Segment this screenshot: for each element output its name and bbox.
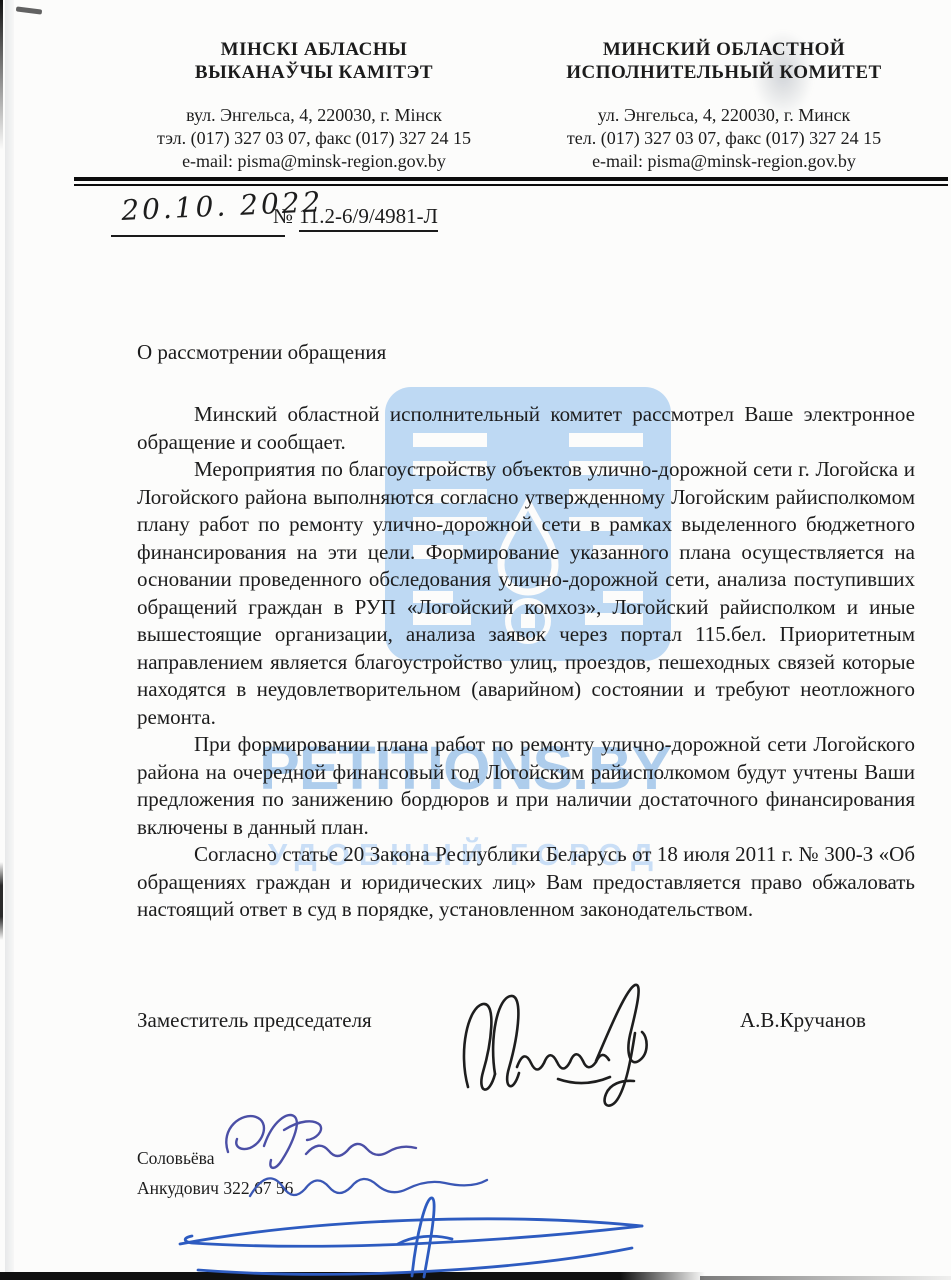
body-paragraph: Мероприятия по благоустройству объектов … — [137, 456, 915, 731]
letter-body: Минский областной исполнительный комитет… — [137, 401, 915, 924]
header-russian: МИНСКИЙ ОБЛАСТНОЙ ИСПОЛНИТЕЛЬНЫЙ КОМИТЕТ… — [524, 38, 924, 173]
org-address-line: тел. (017) 327 03 07, факс (017) 327 24 … — [524, 127, 924, 150]
org-email-line: e-mail: pisma@minsk-region.gov.by — [524, 150, 924, 173]
scan-edge-artifact — [0, 0, 3, 150]
header-divider-line — [74, 184, 948, 186]
scan-bottom-edge — [700, 1276, 951, 1280]
org-title-line: МИНСКИЙ ОБЛАСТНОЙ — [524, 38, 924, 61]
scan-edge-artifact — [0, 862, 3, 940]
subject-line: О рассмотрении обращения — [137, 340, 386, 365]
org-address-line: тэл. (017) 327 03 07, факс (017) 327 24 … — [108, 127, 520, 150]
header-belarusian: МІНСКІ АБЛАСНЫ ВЫКАНАЎЧЫ КАМІТЭТ вул. Эн… — [108, 38, 520, 173]
signer-position: Заместитель председателя — [137, 1008, 372, 1033]
header-divider-line — [74, 177, 948, 181]
org-address-line: вул. Энгельса, 4, 220030, г. Мінск — [108, 104, 520, 127]
date-underline — [111, 235, 285, 237]
reference-number: №11.2-6/9/4981-Л — [273, 204, 438, 229]
bottom-blue-scribble — [162, 1186, 662, 1280]
body-paragraph: Минский областной исполнительный комитет… — [137, 401, 915, 456]
number-sign: № — [273, 204, 293, 228]
body-paragraph: При формировании плана работ по ремонту … — [137, 731, 915, 841]
org-title-line: ИСПОЛНИТЕЛЬНЫЙ КОМИТЕТ — [524, 61, 924, 84]
signer-name: А.В.Кручанов — [740, 1008, 866, 1033]
scan-corner-mark — [16, 6, 42, 14]
outgoing-number: 11.2-6/9/4981-Л — [299, 204, 438, 232]
org-title-line: МІНСКІ АБЛАСНЫ — [108, 38, 520, 61]
scan-edge-artifact — [5, 0, 14, 1280]
org-title-line: ВЫКАНАЎЧЫ КАМІТЭТ — [108, 61, 520, 84]
org-email-line: e-mail: pisma@minsk-region.gov.by — [108, 150, 520, 173]
org-address-line: ул. Энгельса, 4, 220030, г. Минск — [524, 104, 924, 127]
signature-kruchanov — [438, 975, 678, 1115]
body-paragraph: Согласно статье 20 Закона Республики Бел… — [137, 841, 915, 924]
scanned-letter-page: PETITIONS.BY УДОБНЫЙ ГОРОД МІНСКІ АБЛАСН… — [0, 0, 951, 1280]
